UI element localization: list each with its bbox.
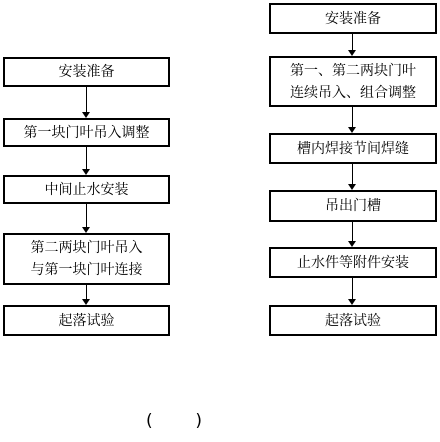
flow-box-label: 起落试验 bbox=[59, 310, 115, 332]
flow-arrow-down bbox=[348, 278, 357, 305]
arrow-shaft bbox=[352, 278, 353, 300]
flow-box-label: 中间止水安装 bbox=[45, 179, 129, 201]
flow-arrow-down bbox=[82, 147, 91, 175]
flow-box-left-second-leaf-connect: 第二两块门叶吊入 与第一块门叶连接 bbox=[3, 233, 170, 285]
flow-box-label-line1: 第二两块门叶吊入 bbox=[31, 237, 143, 259]
flow-box-right-continuous-hoist-assemble: 第一、第二两块门叶 连续吊入、组合调整 bbox=[269, 56, 437, 107]
arrow-shaft bbox=[86, 285, 87, 300]
arrow-shaft bbox=[86, 147, 87, 170]
arrow-shaft bbox=[352, 164, 353, 185]
arrow-shaft bbox=[86, 204, 87, 228]
arrow-shaft bbox=[352, 222, 353, 242]
arrow-shaft bbox=[86, 87, 87, 113]
flow-box-right-weld-joints-in-slot: 槽内焊接节间焊缝 bbox=[269, 133, 437, 164]
flow-arrow-down bbox=[82, 285, 91, 305]
arrow-shaft bbox=[352, 34, 353, 51]
flow-box-label-line2: 与第一块门叶连接 bbox=[31, 259, 143, 281]
flow-box-left-middle-seal-install: 中间止水安装 bbox=[3, 175, 170, 204]
flow-arrow-down bbox=[348, 107, 357, 133]
flow-box-left-install-prep: 安装准备 bbox=[3, 57, 170, 87]
flow-arrow-down bbox=[348, 222, 357, 247]
flow-box-label: 槽内焊接节间焊缝 bbox=[297, 138, 409, 160]
flow-box-right-seal-accessories-install: 止水件等附件安装 bbox=[269, 247, 437, 278]
figure-caption-parens: ( ) bbox=[146, 411, 202, 431]
flow-box-right-install-prep: 安装准备 bbox=[269, 3, 437, 34]
flow-arrow-down bbox=[82, 204, 91, 233]
flowchart-canvas: 安装准备 第一块门叶吊入调整 中间止水安装 第二两块门叶吊入 与第一块门叶连接 … bbox=[0, 0, 440, 442]
flow-box-label: 起落试验 bbox=[325, 310, 381, 332]
flow-box-label: 第一块门叶吊入调整 bbox=[24, 122, 150, 144]
flow-box-label-line1: 第一、第二两块门叶 bbox=[290, 60, 416, 82]
flow-box-label: 安装准备 bbox=[59, 61, 115, 83]
flow-box-label: 吊出门槽 bbox=[325, 195, 381, 217]
caption-close-paren: ) bbox=[195, 411, 202, 431]
flow-box-right-hoist-out-of-slot: 吊出门槽 bbox=[269, 190, 437, 222]
flow-arrow-down bbox=[348, 34, 357, 56]
arrow-down-icon bbox=[348, 184, 356, 190]
flow-arrow-down bbox=[348, 164, 357, 190]
arrow-down-icon bbox=[348, 299, 356, 305]
flow-box-label: 止水件等附件安装 bbox=[297, 252, 409, 274]
arrow-down-icon bbox=[82, 112, 90, 118]
flow-box-label-line2: 连续吊入、组合调整 bbox=[290, 82, 416, 104]
arrow-down-icon bbox=[348, 241, 356, 247]
arrow-shaft bbox=[352, 107, 353, 128]
flow-box-right-lift-test: 起落试验 bbox=[269, 305, 437, 336]
flow-box-label: 安装准备 bbox=[325, 8, 381, 30]
flow-box-left-lift-test: 起落试验 bbox=[3, 305, 170, 336]
flow-arrow-down bbox=[82, 87, 91, 118]
arrow-down-icon bbox=[82, 299, 90, 305]
caption-open-paren: ( bbox=[146, 411, 153, 431]
arrow-down-icon bbox=[82, 169, 90, 175]
arrow-down-icon bbox=[348, 50, 356, 56]
arrow-down-icon bbox=[82, 227, 90, 233]
flow-box-left-first-leaf-hoist-adjust: 第一块门叶吊入调整 bbox=[3, 118, 170, 147]
arrow-down-icon bbox=[348, 127, 356, 133]
